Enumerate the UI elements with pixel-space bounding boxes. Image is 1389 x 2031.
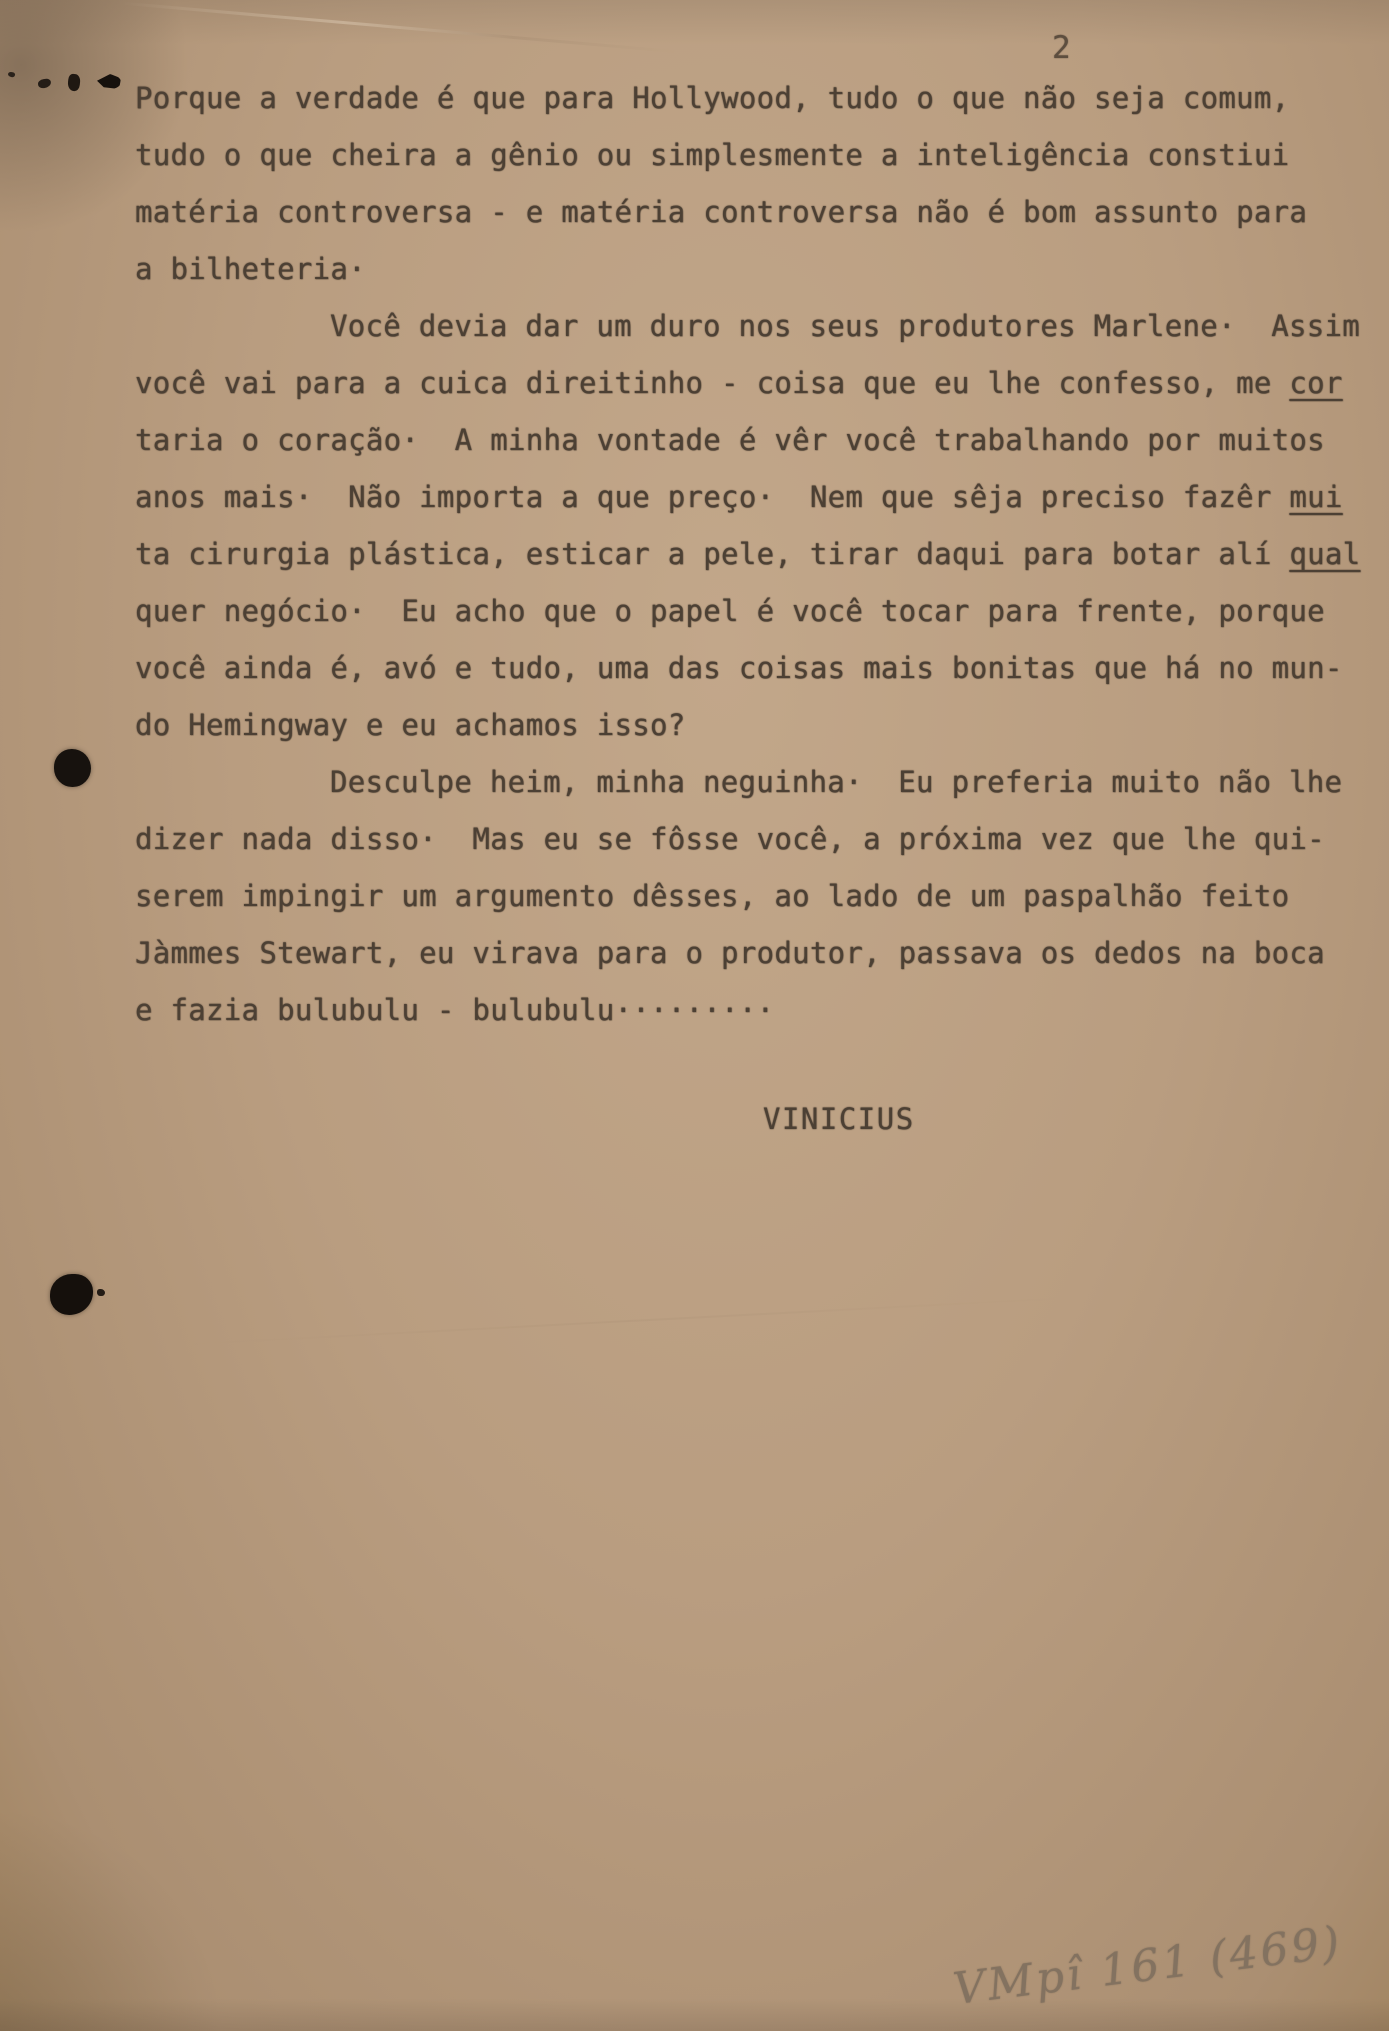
letter-line: do Hemingway e eu achamos isso? [135,697,1375,754]
typed-text: quer negócio· Eu acho que o papel é você… [135,594,1325,628]
typed-text: Porque a verdade é que para Hollywood, t… [135,81,1289,115]
letter-line: dizer nada disso· Mas eu se fôsse você, … [135,811,1375,868]
letter-line: e fazia bulubulu - bulubulu········· [135,982,1375,1039]
handwritten-note: VMpî 161 (469) [950,1912,1383,2015]
typed-text: Jàmmes Stewart, eu virava para o produto… [135,936,1325,970]
typed-text: anos mais· Não importa a que preço· Nem … [135,480,1289,514]
typed-text: Desculpe heim, minha neguinha· Eu prefer… [330,765,1342,799]
typed-text: você ainda é, avó e tudo, uma das coisas… [135,651,1343,685]
signature: VINICIUS [763,1102,915,1136]
letter-line: Porque a verdade é que para Hollywood, t… [135,70,1375,127]
typed-text: e fazia bulubulu - bulubulu········· [135,993,774,1027]
underlined-text: qual [1289,537,1360,571]
typed-text: taria o coração· A minha vontade é vêr v… [135,423,1325,457]
typed-text: do Hemingway e eu achamos isso? [135,708,686,742]
letter-line: quer negócio· Eu acho que o papel é você… [135,583,1375,640]
ink-dot [54,749,91,787]
letter-line: anos mais· Não importa a que preço· Nem … [135,469,1375,526]
letter-line: matéria controversa - e matéria controve… [135,184,1375,241]
ink-speck [7,71,15,78]
letter-body: Porque a verdade é que para Hollywood, t… [135,70,1375,1039]
underlined-text: mui [1289,480,1342,514]
page-number: 2 [1052,30,1071,66]
letter-line: você vai para a cuica direitinho - coisa… [135,355,1375,412]
typed-text: dizer nada disso· Mas eu se fôsse você, … [135,822,1325,856]
paragraph: Você devia dar um duro nos seus produtor… [135,298,1375,754]
letter-line: Jàmmes Stewart, eu virava para o produto… [135,925,1375,982]
ink-speck [37,78,51,89]
typed-text: a bilheteria· [135,252,366,286]
typed-text: tudo o que cheira a gênio ou simplesment… [135,138,1289,172]
underlined-text: cor [1289,366,1342,400]
letter-line: a bilheteria· [135,241,1375,298]
typed-text: você vai para a cuica direitinho - coisa… [135,366,1289,400]
ink-blob [50,1274,93,1315]
ink-speck [97,1289,105,1296]
letter-line: Desculpe heim, minha neguinha· Eu prefer… [135,754,1375,811]
ink-speck [67,73,81,91]
paper-crease [181,1296,1080,1345]
typed-text: ta cirurgia plástica, esticar a pele, ti… [135,537,1289,571]
letter-line: taria o coração· A minha vontade é vêr v… [135,412,1375,469]
paragraph: Desculpe heim, minha neguinha· Eu prefer… [135,754,1375,1039]
typed-text: Você devia dar um duro nos seus produtor… [330,309,1360,343]
letter-line: serem impingir um argumento dêsses, ao l… [135,868,1375,925]
letter-line: Você devia dar um duro nos seus produtor… [135,298,1375,355]
scanned-letter-page: 2 Porque a verdade é que para Hollywood,… [0,0,1389,2031]
letter-line: você ainda é, avó e tudo, uma das coisas… [135,640,1375,697]
typed-text: serem impingir um argumento dêsses, ao l… [135,879,1289,913]
letter-line: ta cirurgia plástica, esticar a pele, ti… [135,526,1375,583]
paragraph: Porque a verdade é que para Hollywood, t… [135,70,1375,298]
letter-line: tudo o que cheira a gênio ou simplesment… [135,127,1375,184]
paper-crease [121,2,679,54]
typed-text: matéria controversa - e matéria controve… [135,195,1307,229]
ink-speck [97,74,121,89]
